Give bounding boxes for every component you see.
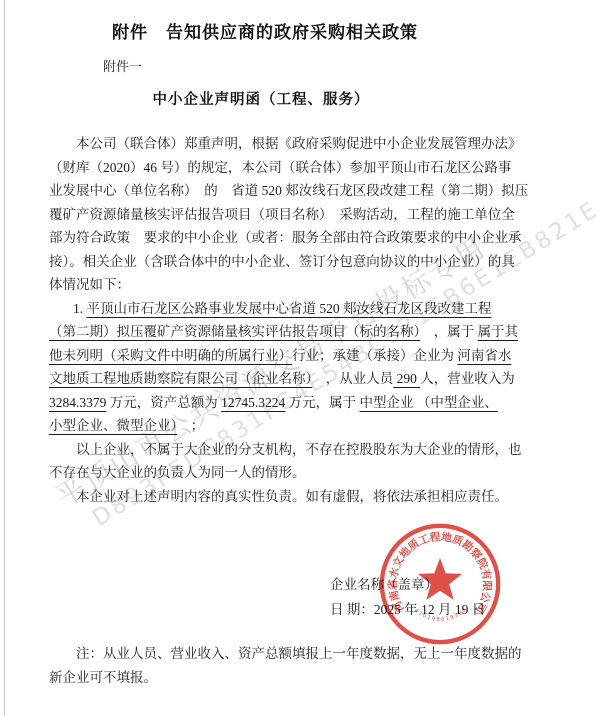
company-seal-stamp: 河南省水文地质工程地质勘察院有限公司 4101986193863 bbox=[377, 521, 503, 647]
body-line: 3284.3379 万元，资产总额为 12745.3224 万元，属于 中型企业… bbox=[49, 391, 519, 415]
body-line: （第二期）拟压覆矿产资源储量核实评估报告项目（标的名称） ，属于 属于其 bbox=[49, 320, 519, 344]
footnote: 注：从业人员、营业收入、资产总额填报上一年度数据，无上一年度数据的 新企业可不填… bbox=[49, 642, 529, 689]
attachment-label: 附件一 bbox=[103, 56, 142, 75]
body-line: 部为符合政策 要求的中小企业（或者：服务全部由符合政策要求的中小企业承 bbox=[49, 226, 519, 250]
body-line: 以上企业，不属于大企业的分支机构，不存在控股股东为大企业的情形，也 bbox=[49, 438, 519, 462]
body-line: 不存在与大企业的负责人为同一人的情形。 bbox=[49, 461, 519, 485]
body-line: 本公司（联合体）郑重声明，根据《政府采购促进中小企业发展管理办法》 bbox=[49, 132, 519, 156]
footnote-line: 新企业可不填报。 bbox=[49, 666, 529, 690]
body-line: 他未列明（采购文件中明确的所属行业）行业；承建（承接）企业为 河南省水 bbox=[49, 344, 519, 368]
body-line: 本企业对上述声明内容的真实性负责。如有虚假，将依法承担相应责任。 bbox=[49, 485, 519, 509]
body-line: 小型企业、微型企业） ； bbox=[49, 414, 519, 438]
body-line: 覆矿产资源储量核实评估报告项目（项目名称） 采购活动，工程的施工单位全 bbox=[49, 203, 519, 227]
body-line: 体情况如下： bbox=[49, 273, 519, 297]
page-title: 附件 告知供应商的政府采购相关政策 bbox=[0, 18, 530, 43]
seal-star-icon bbox=[418, 558, 462, 600]
body-line: 文地质工程地质勘察院有限公司（企业名称） ，从业人员 290 人，营业收入为 bbox=[49, 367, 519, 391]
declaration-body: 本公司（联合体）郑重声明，根据《政府采购促进中小企业发展管理办法》 （财库（20… bbox=[49, 132, 519, 508]
body-line: 接）。相关企业（含联合体中的中小企业、签订分包意向协议的中小企业）的具 bbox=[49, 250, 519, 274]
body-line: 业发展中心（单位名称） 的 省道 520 郏汝线石龙区段改建工程（第二期）拟压 bbox=[49, 179, 519, 203]
body-line: （财库（2020）46 号）的规定，本公司（联合体）参加平顶山市石龙区公路事 bbox=[49, 156, 519, 180]
document-subtitle: 中小企业声明函（工程、服务） bbox=[0, 88, 522, 109]
body-line-item1: 1. 平顶山市石龙区公路事业发展中心省道 520 郏汝线石龙区段改建工程 bbox=[49, 297, 519, 321]
